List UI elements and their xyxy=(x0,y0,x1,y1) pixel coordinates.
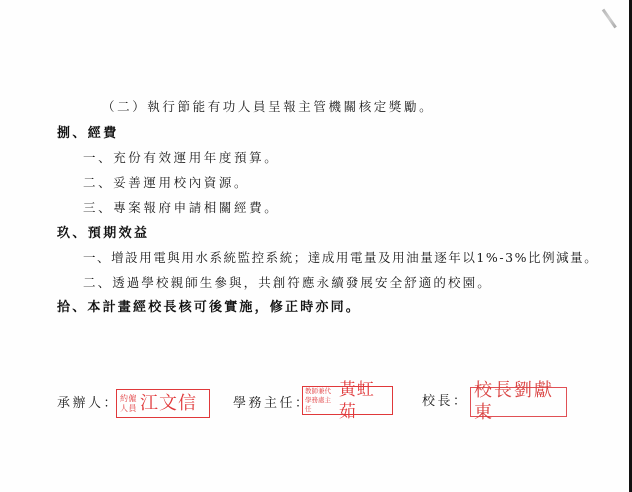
scan-artifact-mark xyxy=(602,9,617,29)
section-9-item-2: 二、透過學校親師生參與，共創符應永續發展安全舒適的校園。 xyxy=(83,275,492,291)
section-9-heading: 玖、預期效益 xyxy=(57,226,149,242)
section-8-item-1: 一、充份有效運用年度預算。 xyxy=(83,150,279,166)
section-9-item-1: 一、增設用電與用水系統監控系統；達成用電量及用油量逐年以1%-3%比例減量。 xyxy=(83,250,598,266)
item-2-reward-line: （二）執行節能有功人員呈報主管機關核定獎勵。 xyxy=(102,99,434,115)
section-8-item-3: 三、專案報府申請相關經費。 xyxy=(83,200,279,216)
principal-label: 校長： xyxy=(422,394,469,410)
handler-seal-title-bottom: 人員 xyxy=(120,404,137,414)
academic-director-seal-name: 黃虹茹 xyxy=(339,379,390,423)
document-page: （二）執行節能有功人員呈報主管機關核定獎勵。 捌、經費 一、充份有效運用年度預算… xyxy=(0,0,632,492)
academic-director-seal-title: 教師兼代 學務處主任 xyxy=(305,387,336,414)
principal-seal-stamp: 校長劉獻東 xyxy=(470,387,567,417)
section-10-heading: 拾、本計畫經校長核可後實施，修正時亦同。 xyxy=(57,300,361,316)
section-8-heading: 捌、經費 xyxy=(57,126,119,142)
academic-director-label: 學務主任： xyxy=(233,396,311,412)
section-8-item-2: 二、妥善運用校內資源。 xyxy=(83,175,249,191)
academic-director-seal-title-top: 教師兼代 xyxy=(305,387,336,396)
handler-seal-name: 江文信 xyxy=(140,393,197,415)
handler-seal-stamp: 約僱 人員 江文信 xyxy=(116,389,210,418)
handler-seal-title: 約僱 人員 xyxy=(120,394,137,414)
academic-director-seal-title-bottom: 學務處主任 xyxy=(305,396,336,414)
handler-seal-title-top: 約僱 xyxy=(120,394,137,404)
handler-label: 承辦人： xyxy=(57,396,119,412)
principal-seal-text: 校長劉獻東 xyxy=(474,380,563,424)
academic-director-seal-stamp: 教師兼代 學務處主任 黃虹茹 xyxy=(302,386,393,415)
